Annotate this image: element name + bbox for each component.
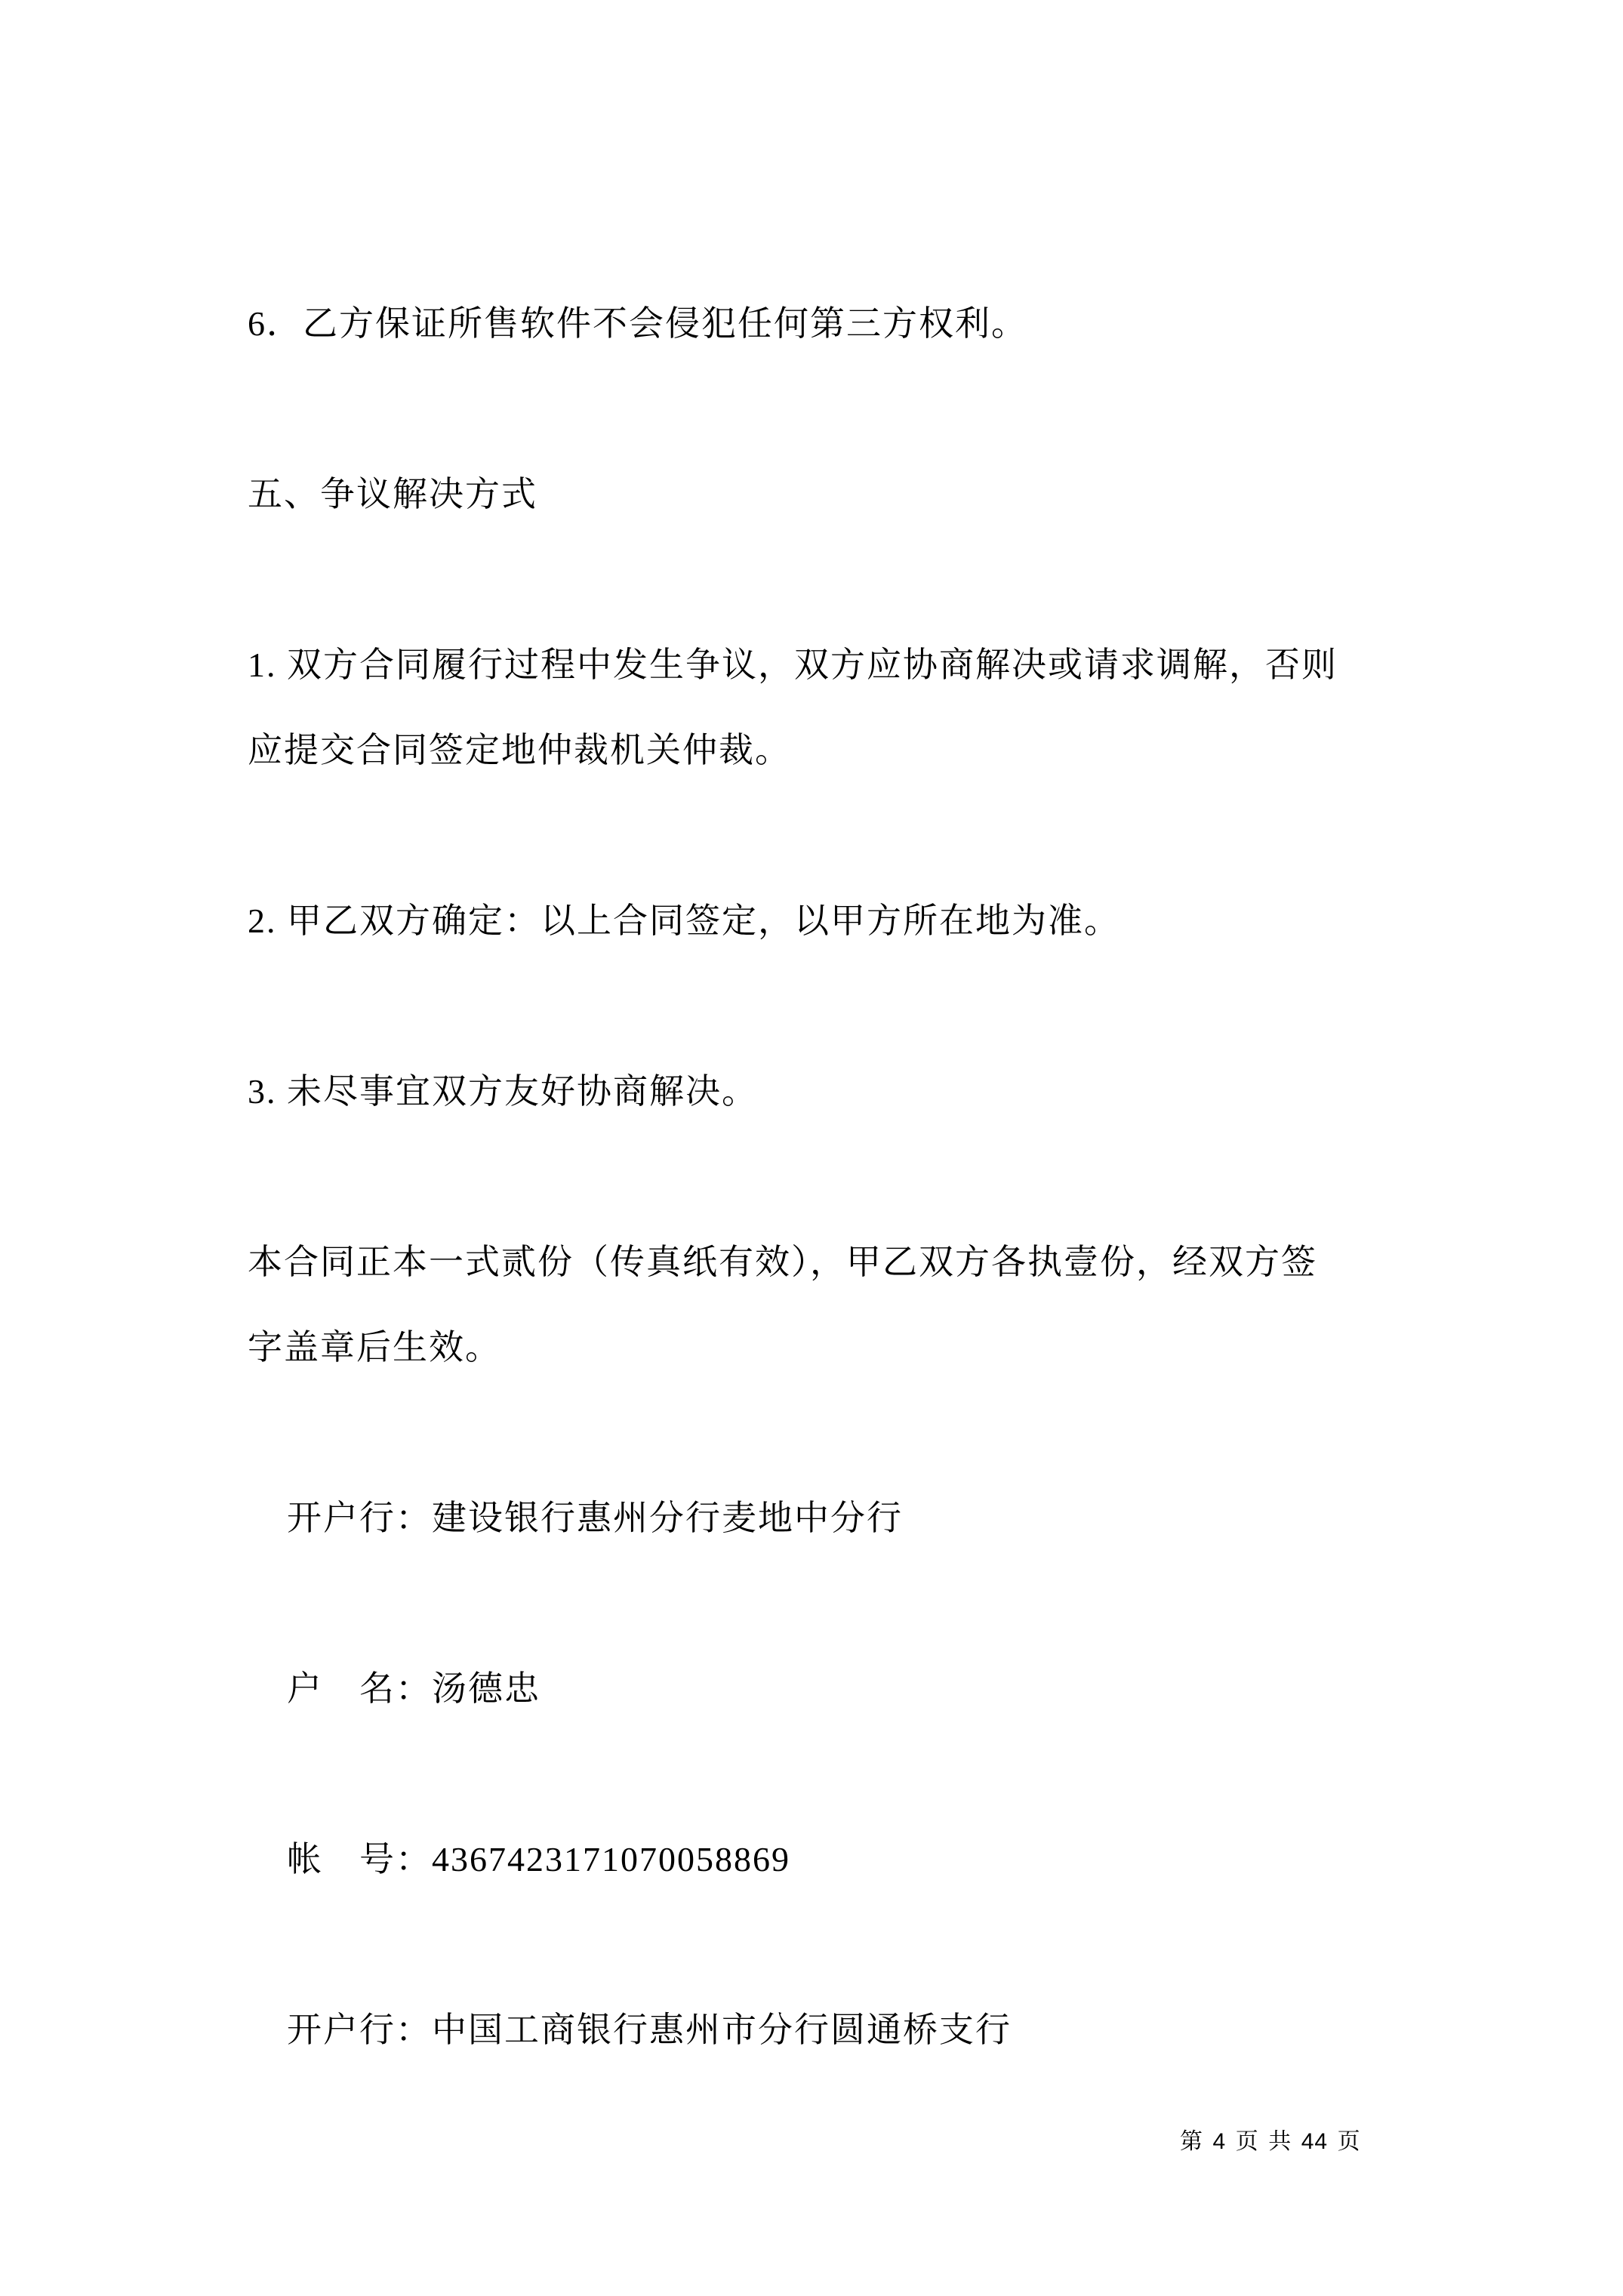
bank-account-name-line: 户 名：汤德忠 [287, 1646, 1501, 1731]
closing-clause: 本合同正本一式贰份（传真纸有效），甲乙双方各执壹份，经双方签 字盖章后生效。 [248, 1219, 1501, 1390]
clause-6: 6．乙方保证所售软件不会侵犯任何第三方权利。 [248, 281, 1501, 366]
contract-body: 6．乙方保证所售软件不会侵犯任何第三方权利。 五、争议解决方式 1. 双方合同履… [248, 281, 1501, 2158]
footer-page-unit-2: 页 [1338, 2129, 1361, 2154]
bank-opening-bank-2: 开户行：中国工商银行惠州市分行圆通桥支行 [248, 1987, 1501, 2073]
page-footer: 第 4 页 共 44 页 [1180, 2126, 1361, 2158]
bank-opening-bank-2-line: 开户行：中国工商银行惠州市分行圆通桥支行 [287, 1987, 1501, 2073]
bank-opening-bank-1-line: 开户行：建设银行惠州分行麦地中分行 [287, 1475, 1501, 1561]
clause-dispute-2: 2. 甲乙双方确定：以上合同签定，以甲方所在地为准。 [248, 878, 1501, 963]
footer-conjunction: 共 [1268, 2129, 1292, 2154]
contract-document-page: 6．乙方保证所售软件不会侵犯任何第三方权利。 五、争议解决方式 1. 双方合同履… [0, 0, 1623, 2296]
footer-prefix: 第 [1180, 2129, 1203, 2154]
current-page-number: 4 [1213, 2129, 1227, 2154]
bank-account-number-line: 帐 号：4367423171070058869 [287, 1817, 1501, 1902]
clause-dispute-2-line: 2. 甲乙双方确定：以上合同签定，以甲方所在地为准。 [248, 878, 1501, 963]
clause-dispute-1-line-2: 应提交合同签定地仲裁机关仲裁。 [248, 707, 1501, 793]
closing-clause-line-1: 本合同正本一式贰份（传真纸有效），甲乙双方各执壹份，经双方签 [248, 1219, 1501, 1305]
clause-dispute-1: 1. 双方合同履行过程中发生争议，双方应协商解决或请求调解，否则 应提交合同签定… [248, 622, 1501, 793]
section-heading-line: 五、争议解决方式 [248, 451, 1501, 537]
bank-account-info: 开户行：建设银行惠州分行麦地中分行 户 名：汤德忠 帐 号：4367423171… [248, 1475, 1501, 2073]
clause-dispute-3-line: 3. 未尽事宜双方友好协商解决。 [248, 1049, 1501, 1134]
footer-page-unit: 页 [1236, 2129, 1259, 2154]
clause-6-line: 6．乙方保证所售软件不会侵犯任何第三方权利。 [248, 281, 1501, 366]
total-pages-number: 44 [1301, 2129, 1328, 2154]
section-heading-dispute-resolution: 五、争议解决方式 [248, 451, 1501, 537]
bank-opening-bank-1: 开户行：建设银行惠州分行麦地中分行 [248, 1475, 1501, 1561]
bank-account-number: 帐 号：4367423171070058869 [248, 1817, 1501, 1902]
closing-clause-line-2: 字盖章后生效。 [248, 1305, 1501, 1390]
clause-dispute-1-line-1: 1. 双方合同履行过程中发生争议，双方应协商解决或请求调解，否则 [248, 622, 1501, 707]
bank-account-name: 户 名：汤德忠 [248, 1646, 1501, 1731]
clause-dispute-3: 3. 未尽事宜双方友好协商解决。 [248, 1049, 1501, 1134]
